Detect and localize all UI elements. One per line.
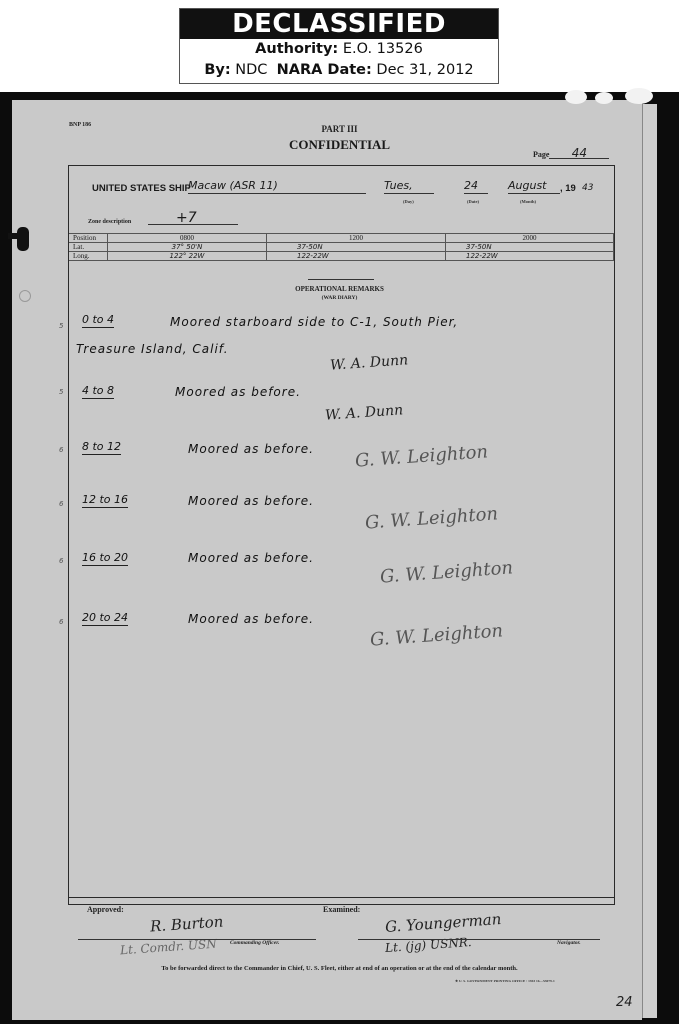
margin-mark: 5 [59,322,63,330]
scan-artifact [625,88,653,104]
day-value: Tues, [384,179,434,194]
navigator-role: Navigator. [557,940,581,946]
entry-text: Moored as before. [188,551,314,565]
forwarding-note: To be forwarded direct to the Commander … [0,965,679,972]
remarks-subtitle: (WAR DIARY) [0,295,679,301]
entry-text: Moored as before. [188,494,314,508]
entry-text: Moored starboard side to C-1, South Pier… [170,315,458,329]
divider [69,897,614,898]
scan-artifact [595,92,613,104]
entry-text: Moored as before. [188,442,314,456]
year-prefix: , 19 [560,183,576,194]
watch-time: 12 to 16 [82,493,128,508]
declassified-stamp: DECLASSIFIED Authority: E.O. 13526 By: N… [179,8,499,84]
table-row: Position 0800 1200 2000 [69,234,614,243]
scan-artifact [565,90,587,104]
day-caption: (Day) [403,199,414,204]
commanding-officer-role: Commanding Officer. [230,940,279,946]
month-caption: (Month) [520,199,536,204]
part-heading: PART III [0,124,679,134]
frame-number: 24 [616,995,633,1010]
approved-label: Approved: [87,905,124,914]
position-table: Position 0800 1200 2000 Lat. 37° 50'N 37… [69,233,614,261]
stamp-title: DECLASSIFIED [180,9,498,39]
month-value: August [508,179,560,194]
watch-time: 8 to 12 [82,440,121,455]
page-number-value: 44 [549,148,609,159]
margin-mark: 6 [59,557,63,565]
table-row: Long. 122° 22W 122-22W 122-22W [69,252,614,261]
page-number: Page44 [533,148,609,159]
entry-text: Moored as before. [188,612,314,626]
date-value: 24 [464,179,488,194]
margin-mark: 6 [59,618,63,626]
table-row: Lat. 37° 50'N 37-50N 37-50N [69,243,614,252]
margin-mark: 5 [59,388,63,396]
zone-value: +7 [148,212,238,225]
signature-line [78,939,316,940]
watch-time: 20 to 24 [82,611,128,626]
zone-label: Zone description [88,219,131,225]
watch-time: 16 to 20 [82,551,128,566]
stamp-by-date: By: NDC NARA Date: Dec 31, 2012 [180,60,498,81]
year-suffix: 43 [582,183,593,193]
divider [308,279,374,280]
printing-office-line: ★ U. S. GOVERNMENT PRINTING OFFICE : 194… [455,979,555,983]
watch-time: 4 to 8 [82,384,114,399]
margin-mark: 6 [59,446,63,454]
entry-text: Moored as before. [175,385,301,399]
form-frame [68,165,615,905]
date-caption: (Date) [467,199,479,204]
stamp-authority: Authority: E.O. 13526 [180,39,498,60]
ship-name: Macaw (ASR 11) [188,179,366,194]
remarks-title: OPERATIONAL REMARKS [0,285,679,293]
ship-label: UNITED STATES SHIP [92,183,191,194]
entry-continuation: Treasure Island, Calif. [76,342,229,356]
watch-time: 0 to 4 [82,313,114,328]
margin-mark: 6 [59,500,63,508]
page-edge [642,104,657,1018]
examined-label: Examined: [323,905,360,914]
binder-clip-icon [17,227,29,251]
